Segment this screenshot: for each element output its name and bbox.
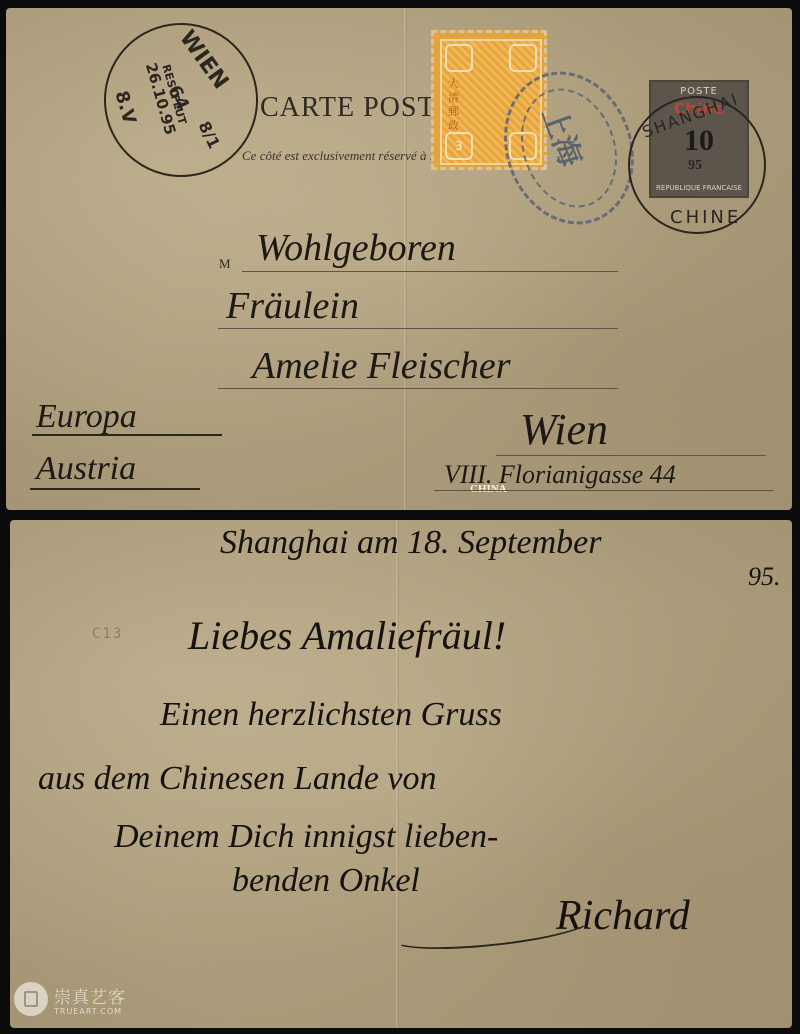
letter-line: benden Onkel xyxy=(232,862,420,900)
country-underline xyxy=(30,488,200,490)
letter-line: Deinem Dich innigst lieben- xyxy=(114,818,498,856)
address-line-4: Wien xyxy=(520,404,608,455)
faint-mark: C13 xyxy=(92,626,123,642)
shanghai-postmark: SHANGHAI 95 CHINE xyxy=(628,96,766,234)
stamp-corner-ornament xyxy=(445,44,473,72)
address-line-5: VIII. Floriani­gasse 44 xyxy=(444,460,676,490)
postcard-back: C13 Shanghai am 18. September 95. Liebes… xyxy=(10,520,792,1028)
address-rule xyxy=(434,490,774,491)
address-rule xyxy=(242,271,618,272)
address-line-3: Amelie Fleischer xyxy=(252,344,511,388)
watermark: 崇真艺客 TRUEART.COM xyxy=(14,982,126,1016)
letter-year: 95. xyxy=(748,562,781,592)
address-rule xyxy=(218,328,618,329)
stamp-chinese-chars: 大清郵政 xyxy=(448,77,462,133)
postmark-route: 8/1 xyxy=(194,118,223,152)
address-rule xyxy=(218,388,618,389)
letter-dateline: Shanghai am 18. September xyxy=(220,524,602,562)
postmark-country: CHINE xyxy=(670,207,741,228)
letter-line: Einen herzlichsten Gruss xyxy=(160,696,502,734)
letter-greeting: Liebes Amaliefräul! xyxy=(188,612,506,659)
postmark-date: 95 xyxy=(688,158,702,174)
continent-underline xyxy=(32,434,222,436)
document-icon xyxy=(14,982,48,1016)
stamp-value: 3 xyxy=(445,132,473,160)
letter-line: aus dem Chinesen Lande von xyxy=(38,760,437,798)
watermark-cn: 崇真艺客 xyxy=(54,983,126,1008)
address-rule xyxy=(496,455,766,456)
destination-country: Austria xyxy=(36,450,136,488)
address-line-2: Fräulein xyxy=(226,284,359,328)
address-prefix: M xyxy=(219,256,231,272)
postcard-front: WIEN 64 RESTFLUT 26.10.95 8.V 8/1 CARTE … xyxy=(6,8,792,510)
signature-flourish xyxy=(389,901,595,956)
watermark-en: TRUEART.COM xyxy=(54,1007,126,1016)
address-line-1: Wohlgeboren xyxy=(256,226,456,270)
stamp-corner-ornament xyxy=(509,44,537,72)
postmark-time: 8.V xyxy=(110,88,139,126)
destination-continent: Europa xyxy=(36,398,137,436)
